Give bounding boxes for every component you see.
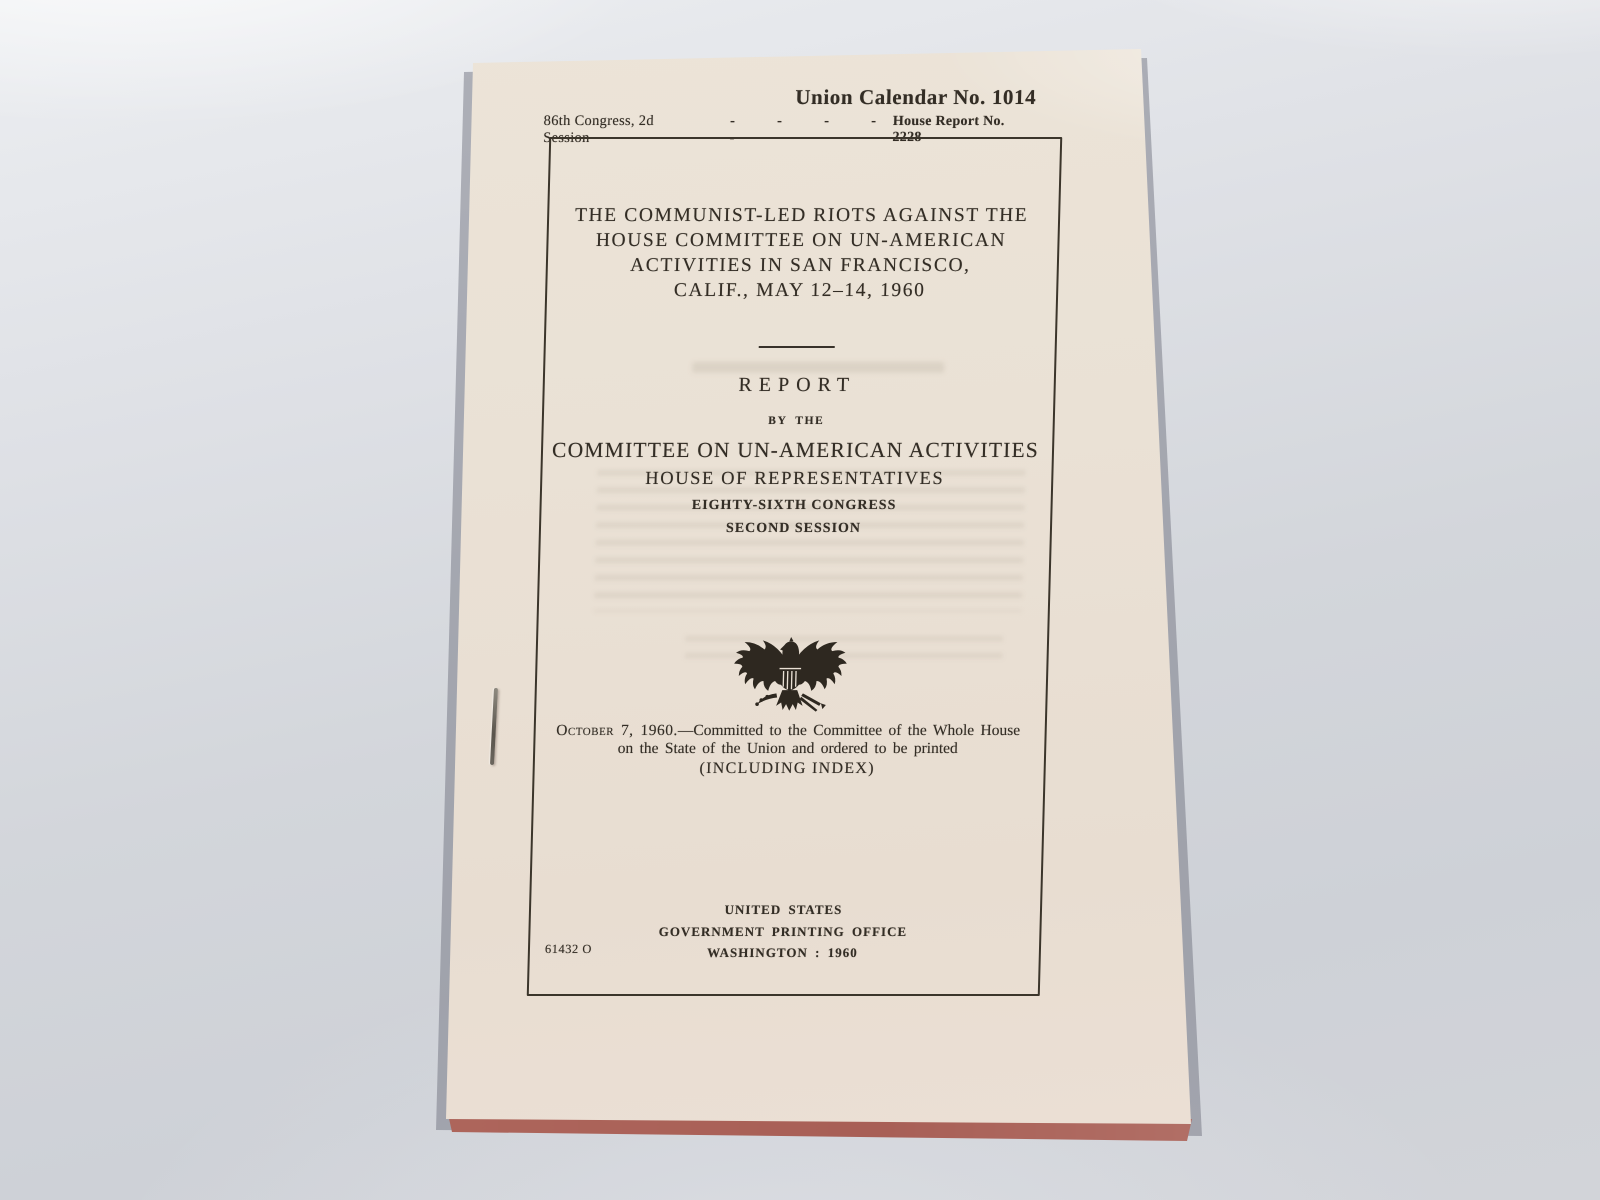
title-line: HOUSE COMMITTEE ON UN-AMERICAN (546, 228, 1056, 253)
committed-date: October 7, 1960. (556, 722, 678, 739)
emblem-container (534, 630, 1046, 727)
report-title: THE COMMUNIST-LED RIOTS AGAINST THE HOUS… (545, 203, 1057, 303)
by-the-label: BY THE (542, 415, 1051, 427)
committed-line-2: on the State of the Union and ordered to… (533, 740, 1042, 758)
title-line: ACTIVITIES IN SAN FRANCISCO, (546, 253, 1056, 278)
chamber-name: HOUSE OF REPRESENTATIVES (540, 465, 1050, 493)
session-number: SECOND SESSION (539, 518, 1049, 540)
congress-number: EIGHTY-SIXTH CONGRESS (539, 493, 1049, 518)
union-calendar-heading: Union Calendar No. 1014 (544, 85, 1037, 110)
gpo-imprint: UNITED STATES GOVERNMENT PRINTING OFFICE… (528, 899, 1039, 964)
committed-line-1: October 7, 1960.—Committed to the Commit… (533, 722, 1042, 740)
print-code: 61432 O (545, 942, 592, 957)
divider-rule (759, 346, 835, 348)
imprint-line: WASHINGTON : 1960 (528, 942, 1038, 964)
committee-attribution: COMMITTEE ON UN-AMERICAN ACTIVITIES HOUS… (539, 436, 1051, 540)
federal-eagle-emblem (730, 630, 848, 722)
committed-text: —Committed to the Committee of the Whole… (678, 722, 1021, 739)
title-line: CALIF., MAY 12–14, 1960 (545, 278, 1055, 303)
photo-scene: Union Calendar No. 1014 86th Congress, 2… (0, 0, 1600, 1200)
imprint-line: UNITED STATES (529, 899, 1039, 921)
imprint-line: GOVERNMENT PRINTING OFFICE (528, 921, 1038, 943)
cover-content: Union Calendar No. 1014 86th Congress, 2… (0, 0, 1600, 1200)
committed-note: October 7, 1960.—Committed to the Commit… (533, 722, 1043, 758)
report-heading: REPORT (542, 374, 1052, 397)
title-line: THE COMMUNIST-LED RIOTS AGAINST THE (547, 203, 1057, 228)
including-index-label: (INCLUDING INDEX) (532, 760, 1041, 778)
committee-name: COMMITTEE ON UN-AMERICAN ACTIVITIES (541, 436, 1051, 465)
